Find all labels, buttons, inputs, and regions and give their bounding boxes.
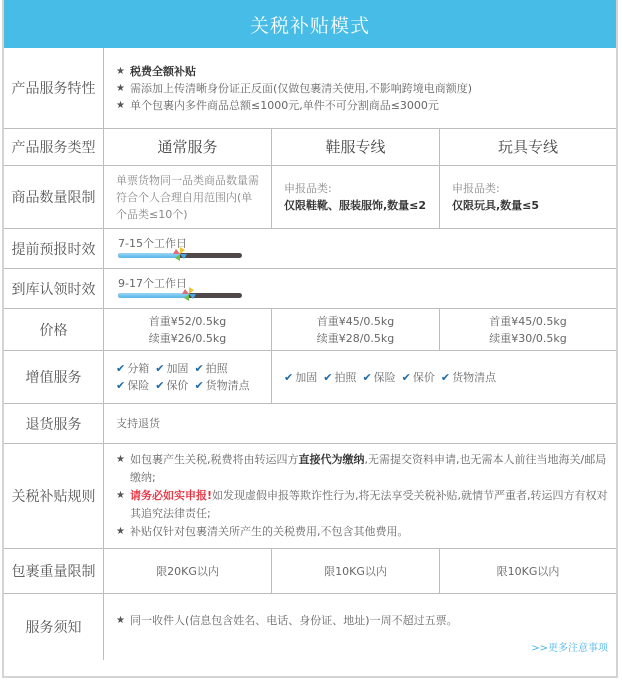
row-label: 提前预报时效 [4,229,104,268]
service-item: ✔加固 [155,360,188,377]
star-icon: ★ [116,451,130,469]
star-icon: ★ [116,80,130,97]
service-item: ✔加固 [284,369,317,386]
row-quantity-limit: 商品数量限制 单票货物同一品类商品数量需符合个人合理自用范围内(单个品类≤10个… [4,166,616,229]
star-icon: ★ [116,612,130,629]
row-label: 增值服务 [4,351,104,403]
value-added-special: ✔加固✔拍照✔保险✔保价✔货物清点 [272,351,616,403]
service-item: ✔拍照 [323,369,356,386]
progress-fill [118,293,189,298]
row-tax-rules: 关税补贴规则 ★ 如包裹产生关税,税费将由转运四方直接代为缴纳,无需提交资料申请… [4,444,616,549]
service-item: ✔保险 [362,369,395,386]
rule-item: ★ 请务必如实申报!如发现虚假申报等欺诈性行为,将无法享受关税补贴,就情节严重者… [116,487,608,523]
service-item: ✔保价 [155,377,188,394]
star-icon: ★ [116,523,130,541]
check-icon: ✔ [323,371,332,384]
notice-item: ★ 同一收件人(信息包含姓名、电话、身份证、地址)一周不超过五票。 [116,612,608,629]
check-icon: ✔ [116,362,125,375]
check-icon: ✔ [284,371,293,384]
feature-item: ★税费全额补贴 [116,63,608,80]
value-added-normal: ✔分箱✔加固✔拍照 ✔保险✔保价✔货物清点 [104,351,272,403]
row-pre-report: 提前预报时效 7-15个工作日 [4,229,616,269]
row-value-added: 增值服务 ✔分箱✔加固✔拍照 ✔保险✔保价✔货物清点 ✔加固✔拍照✔保险✔保价✔… [4,351,616,404]
row-label: 产品服务类型 [4,129,104,165]
row-features: 产品服务特性 ★税费全额补贴 ★需添加上传清晰身份证正反面(仅做包裹清关使用,不… [4,48,616,129]
row-label: 产品服务特性 [4,48,104,128]
service-item: ✔拍照 [194,360,227,377]
features-list: ★税费全额补贴 ★需添加上传清晰身份证正反面(仅做包裹清关使用,不影响跨境电商额… [104,48,616,128]
progress-track [118,293,242,298]
warehouse-claim-slider: 9-17个工作日 [104,269,616,308]
page-title: 关税补贴模式 [4,0,616,48]
check-icon: ✔ [194,379,203,392]
star-icon: ★ [116,97,130,114]
quantity-shoes: 申报品类: 仅限鞋靴、服装服饰,数量≤2 [272,166,440,228]
pinwheel-icon [182,287,196,301]
weight-normal: 限20KG以内 [104,549,272,593]
tariff-subsidy-table: 关税补贴模式 产品服务特性 ★税费全额补贴 ★需添加上传清晰身份证正反面(仅做包… [2,0,618,678]
row-label: 包裹重量限制 [4,549,104,593]
check-icon: ✔ [155,379,164,392]
feature-item: ★需添加上传清晰身份证正反面(仅做包裹清关使用,不影响跨境电商额度) [116,80,608,97]
column-shoes-clothing: 鞋服专线 [272,129,440,165]
star-icon: ★ [116,487,130,505]
check-icon: ✔ [441,371,450,384]
quantity-normal: 单票货物同一品类商品数量需符合个人合理自用范围内(单个品类≤10个) [104,166,272,228]
rule-item: ★ 补贴仅针对包裹清关所产生的关税费用,不包含其他费用。 [116,523,608,541]
progress-fill [118,253,180,258]
row-price: 价格 首重¥52/0.5kg 续重¥26/0.5kg 首重¥45/0.5kg 续… [4,309,616,351]
tax-rules-list: ★ 如包裹产生关税,税费将由转运四方直接代为缴纳,无需提交资料申请,也无需本人前… [104,444,616,548]
rule-item: ★ 如包裹产生关税,税费将由转运四方直接代为缴纳,无需提交资料申请,也无需本人前… [116,451,608,487]
row-label: 服务须知 [4,594,104,660]
row-service-type: 产品服务类型 通常服务 鞋服专线 玩具专线 [4,129,616,166]
warning-text: 请务必如实申报! [130,489,212,502]
service-item: ✔分箱 [116,360,149,377]
check-icon: ✔ [116,379,125,392]
pinwheel-icon [173,247,187,261]
row-returns: 退货服务 支持退货 [4,404,616,444]
row-label: 到库认领时效 [4,269,104,308]
pre-report-slider: 7-15个工作日 [104,229,616,268]
check-icon: ✔ [402,371,411,384]
service-item: ✔保价 [402,369,435,386]
column-toys: 玩具专线 [440,129,616,165]
service-item: ✔货物清点 [441,369,496,386]
row-label: 商品数量限制 [4,166,104,228]
check-icon: ✔ [155,362,164,375]
row-label: 关税补贴规则 [4,444,104,548]
row-weight-limit: 包裹重量限制 限20KG以内 限10KG以内 限10KG以内 [4,549,616,594]
row-warehouse-claim: 到库认领时效 9-17个工作日 [4,269,616,309]
check-icon: ✔ [194,362,203,375]
price-shoes: 首重¥45/0.5kg 续重¥28/0.5kg [272,309,440,350]
service-item: ✔货物清点 [194,377,249,394]
price-normal: 首重¥52/0.5kg 续重¥26/0.5kg [104,309,272,350]
check-icon: ✔ [362,371,371,384]
quantity-toys: 申报品类: 仅限玩具,数量≤5 [440,166,616,228]
weight-toys: 限10KG以内 [440,549,616,593]
column-normal-service: 通常服务 [104,129,272,165]
row-label: 退货服务 [4,404,104,443]
returns-value: 支持退货 [104,404,616,443]
progress-track [118,253,242,258]
row-notice: 服务须知 ★ 同一收件人(信息包含姓名、电话、身份证、地址)一周不超过五票。 >… [4,594,616,660]
row-label: 价格 [4,309,104,350]
star-icon: ★ [116,63,130,80]
feature-item: ★单个包裹内多件商品总额≤1000元,单件不可分割商品≤3000元 [116,97,608,114]
more-notes-link[interactable]: >>更多注意事项 [531,639,608,654]
weight-shoes: 限10KG以内 [272,549,440,593]
price-toys: 首重¥45/0.5kg 续重¥30/0.5kg [440,309,616,350]
service-item: ✔保险 [116,377,149,394]
